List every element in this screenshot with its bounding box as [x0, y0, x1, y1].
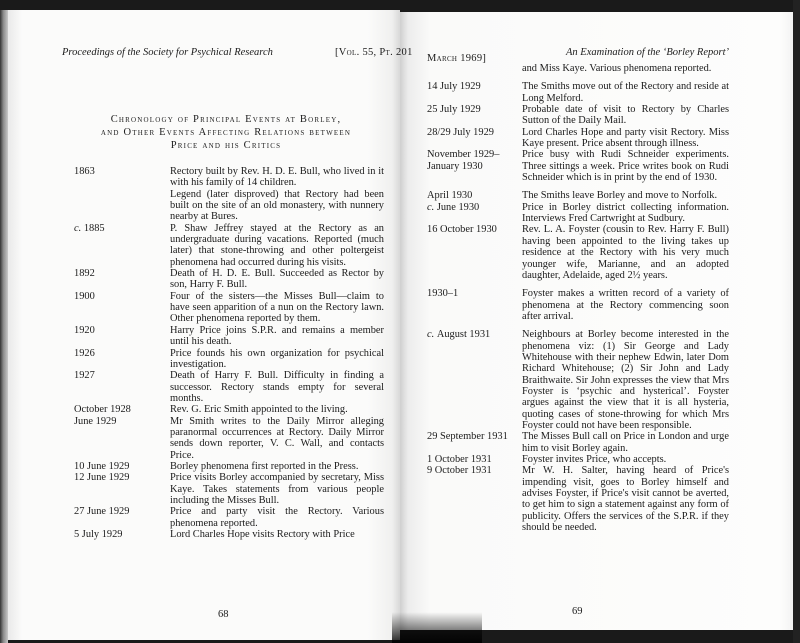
entry-text: Borley phenomena first reported in the P… [170, 461, 384, 472]
entry-date [74, 189, 170, 223]
entry-date: November 1929– January 1930 [427, 149, 522, 183]
page-number-right: 69 [572, 606, 583, 617]
book-spread: Proceedings of the Society for Psychical… [0, 0, 800, 643]
running-head-volume: [Vol. 55, Pt. 201 [335, 47, 413, 58]
entry-text: Rev. G. Eric Smith appointed to the livi… [170, 404, 384, 415]
entry-text: Neighbours at Borley become interested i… [522, 329, 729, 431]
chronology-entry: 1900Four of the sisters—the Misses Bull—… [74, 291, 384, 325]
chronology-entry: 1930–1Foyster makes a written record of … [427, 288, 729, 322]
entry-date: 25 July 1929 [427, 104, 522, 127]
entry-date: 12 June 1929 [74, 472, 170, 506]
chronology-entry: June 1929Mr Smith writes to the Daily Mi… [74, 416, 384, 461]
book-edge-right [793, 0, 800, 643]
chronology-entry: 25 July 1929Probable date of visit to Re… [427, 104, 729, 127]
entry-text: Rev. L. A. Foyster (cousin to Rev. Harry… [522, 224, 729, 281]
chronology-entry: c. June 1930Price in Borley district col… [427, 202, 729, 225]
chronology-entry: 1927Death of Harry F. Bull. Difficulty i… [74, 370, 384, 404]
page-number-left: 68 [218, 609, 229, 620]
chronology-entry: c. 1885P. Shaw Jeffrey stayed at the Rec… [74, 223, 384, 268]
entry-date: October 1928 [74, 404, 170, 415]
chronology-entry: Legend (later disproved) that Rectory ha… [74, 189, 384, 223]
entry-date: 1930–1 [427, 288, 522, 322]
section-title: Chronology of Principal Events at Borley… [62, 113, 390, 152]
chronology-entry: 28/29 July 1929Lord Charles Hope and par… [427, 127, 729, 150]
chronology-list-left: 1863Rectory built by Rev. H. D. E. Bull,… [74, 166, 384, 540]
entry-date: April 1930 [427, 190, 522, 201]
chronology-entry: 16 October 1930Rev. L. A. Foyster (cousi… [427, 224, 729, 281]
entry-date: 1 October 1931 [427, 454, 522, 465]
book-edge-left [0, 10, 8, 643]
chronology-list-right: and Miss Kaye. Various phenomena reporte… [427, 63, 729, 533]
entry-text: Legend (later disproved) that Rectory ha… [170, 189, 384, 223]
entry-text: Price founds his own organization for ps… [170, 348, 384, 371]
entry-text: Rectory built by Rev. H. D. E. Bull, who… [170, 166, 384, 189]
chronology-entry: 1 October 1931Foyster invites Price, who… [427, 454, 729, 465]
entry-text: The Smiths move out of the Rectory and r… [522, 81, 729, 104]
chronology-entry: October 1928Rev. G. Eric Smith appointed… [74, 404, 384, 415]
entry-date: 10 June 1929 [74, 461, 170, 472]
chronology-entry: 5 July 1929Lord Charles Hope visits Rect… [74, 529, 384, 540]
chronology-entry: April 1930The Smiths leave Borley and mo… [427, 190, 729, 201]
chronology-entry: 1892Death of H. D. E. Bull. Succeeded as… [74, 268, 384, 291]
entry-date: 9 October 1931 [427, 465, 522, 533]
entry-text: Lord Charles Hope visits Rectory with Pr… [170, 529, 384, 540]
entry-text: Price and party visit the Rectory. Vario… [170, 506, 384, 529]
entry-text: The Misses Bull call on Price in London … [522, 431, 729, 454]
entry-text: P. Shaw Jeffrey stayed at the Rectory as… [170, 223, 384, 268]
entry-text: Foyster makes a written record of a vari… [522, 288, 729, 322]
chronology-entry: 9 October 1931Mr W. H. Salter, having he… [427, 465, 729, 533]
entry-date: 27 June 1929 [74, 506, 170, 529]
chronology-entry: 12 June 1929Price visits Borley accompan… [74, 472, 384, 506]
chronology-entry: 14 July 1929The Smiths move out of the R… [427, 81, 729, 104]
entry-date: 1926 [74, 348, 170, 371]
entry-date: 28/29 July 1929 [427, 127, 522, 150]
entry-date: 1920 [74, 325, 170, 348]
entry-text: Price visits Borley accompanied by secre… [170, 472, 384, 506]
entry-date: 1863 [74, 166, 170, 189]
section-title-line: Price and his Critics [62, 139, 390, 152]
entry-text: Probable date of visit to Rectory by Cha… [522, 104, 729, 127]
entry-text: Mr Smith writes to the Daily Mirror alle… [170, 416, 384, 461]
chronology-entry: 27 June 1929Price and party visit the Re… [74, 506, 384, 529]
entry-date: 1892 [74, 268, 170, 291]
entry-date [427, 63, 522, 74]
entry-text: Death of Harry F. Bull. Difficulty in fi… [170, 370, 384, 404]
entry-text: Four of the sisters—the Misses Bull—clai… [170, 291, 384, 325]
running-head-article-title: An Examination of the ‘Borley Report’ [566, 47, 729, 58]
entry-date: 16 October 1930 [427, 224, 522, 281]
entry-date: 5 July 1929 [74, 529, 170, 540]
chronology-entry: 1863Rectory built by Rev. H. D. E. Bull,… [74, 166, 384, 189]
entry-text: and Miss Kaye. Various phenomena reporte… [522, 63, 729, 74]
chronology-entry: November 1929– January 1930Price busy wi… [427, 149, 729, 183]
entry-date: c. 1885 [74, 223, 170, 268]
entry-date: c. June 1930 [427, 202, 522, 225]
section-title-line: Chronology of Principal Events at Borley… [62, 113, 390, 126]
entry-text: Price in Borley district collecting info… [522, 202, 729, 225]
chronology-entry: and Miss Kaye. Various phenomena reporte… [427, 63, 729, 74]
entry-date: 1927 [74, 370, 170, 404]
entry-text: Death of H. D. E. Bull. Succeeded as Rec… [170, 268, 384, 291]
entry-text: The Smiths leave Borley and move to Norf… [522, 190, 729, 201]
entry-text: Price busy with Rudi Schneider experimen… [522, 149, 729, 183]
chronology-entry: 1926Price founds his own organization fo… [74, 348, 384, 371]
entry-date: June 1929 [74, 416, 170, 461]
gutter-shadow [392, 540, 482, 643]
entry-date: 14 July 1929 [427, 81, 522, 104]
chronology-entry: c. August 1931Neighbours at Borley becom… [427, 329, 729, 431]
chronology-entry: 10 June 1929Borley phenomena first repor… [74, 461, 384, 472]
entry-date: 29 September 1931 [427, 431, 522, 454]
entry-text: Mr W. H. Salter, having heard of Price's… [522, 465, 729, 533]
entry-text: Lord Charles Hope and party visit Rector… [522, 127, 729, 150]
entry-date: 1900 [74, 291, 170, 325]
chronology-entry: 29 September 1931The Misses Bull call on… [427, 431, 729, 454]
entry-text: Foyster invites Price, who accepts. [522, 454, 729, 465]
running-head-journal-title: Proceedings of the Society for Psychical… [62, 47, 273, 58]
section-title-line: and Other Events Affecting Relations bet… [62, 126, 390, 139]
entry-date: c. August 1931 [427, 329, 522, 431]
chronology-entry: 1920Harry Price joins S.P.R. and remains… [74, 325, 384, 348]
entry-text: Harry Price joins S.P.R. and remains a m… [170, 325, 384, 348]
